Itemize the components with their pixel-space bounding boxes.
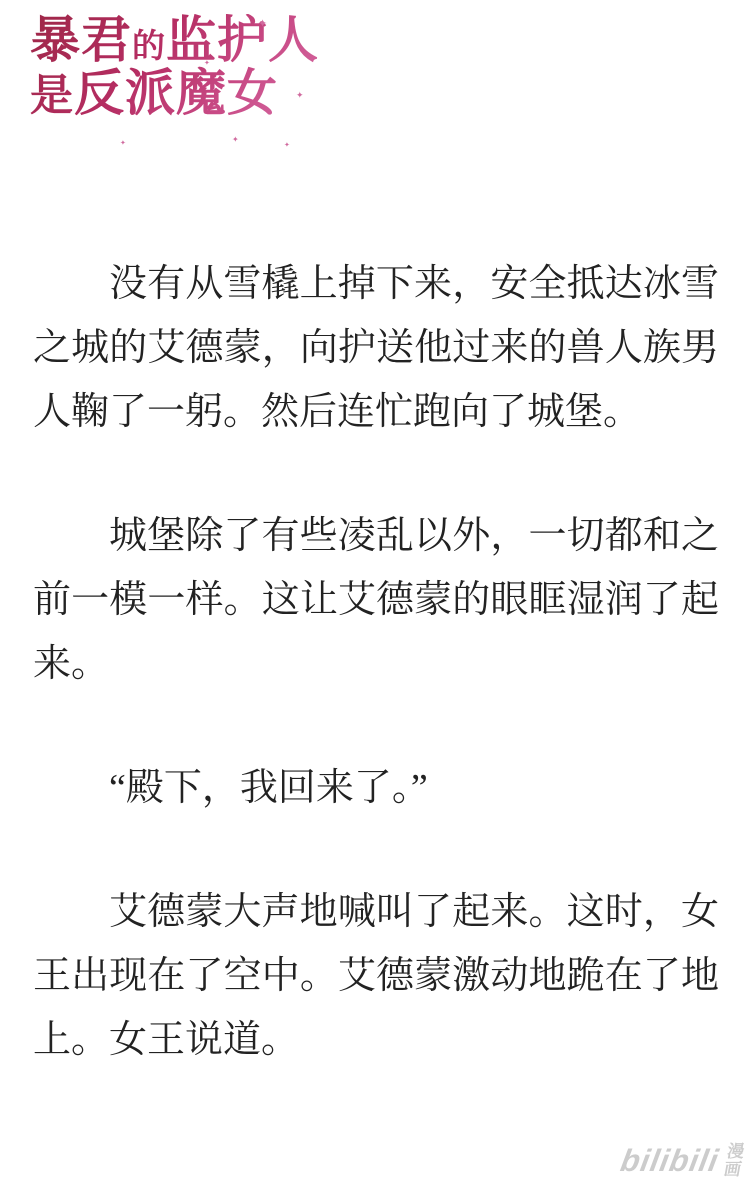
series-title-logo: 暴君的监护人 是反派魔女 — [30, 14, 319, 120]
manhua-label: 漫 画 — [723, 1143, 746, 1179]
logo-text: 暴君 — [30, 12, 132, 68]
manhua-label-top: 漫 — [726, 1143, 746, 1161]
novel-text-body: 没有从雪橇上掉下来，安全抵达冰雪之城的艾德蒙，向护送他过来的兽人族男人鞠了一躬。… — [33, 252, 719, 1132]
logo-text: 监护人 — [166, 12, 319, 68]
manhua-label-bottom: 画 — [723, 1161, 743, 1179]
sparkle-icon: ✦ — [296, 92, 304, 101]
logo-text: 是 — [30, 73, 74, 120]
bilibili-logo-text: bilibili — [618, 1143, 722, 1179]
sparkle-icon: ✦ — [258, 18, 267, 29]
paragraph: 城堡除了有些凌乱以外，一切都和之前一模一样。这让艾德蒙的眼眶湿润了起来。 — [33, 504, 719, 696]
logo-line-1: 暴君的监护人 — [30, 14, 319, 67]
bilibili-watermark: bilibili 漫 画 — [618, 1143, 746, 1179]
logo-line-2: 是反派魔女 — [30, 67, 319, 120]
logo-text: 反派魔女 — [74, 65, 278, 121]
sparkle-icon: ✦ — [204, 60, 210, 67]
sparkle-icon: ✦ — [284, 142, 290, 149]
paragraph: 没有从雪橇上掉下来，安全抵达冰雪之城的艾德蒙，向护送他过来的兽人族男人鞠了一躬。… — [33, 252, 719, 444]
paragraph: 艾德蒙大声地喊叫了起来。这时，女王出现在了空中。艾德蒙激动地跪在了地上。女王说道… — [33, 880, 719, 1072]
sparkle-icon: ✦ — [232, 136, 239, 144]
paragraph: “殿下，我回来了。” — [33, 756, 719, 820]
logo-text: 的 — [132, 29, 166, 65]
sparkle-icon: ✦ — [120, 140, 126, 147]
